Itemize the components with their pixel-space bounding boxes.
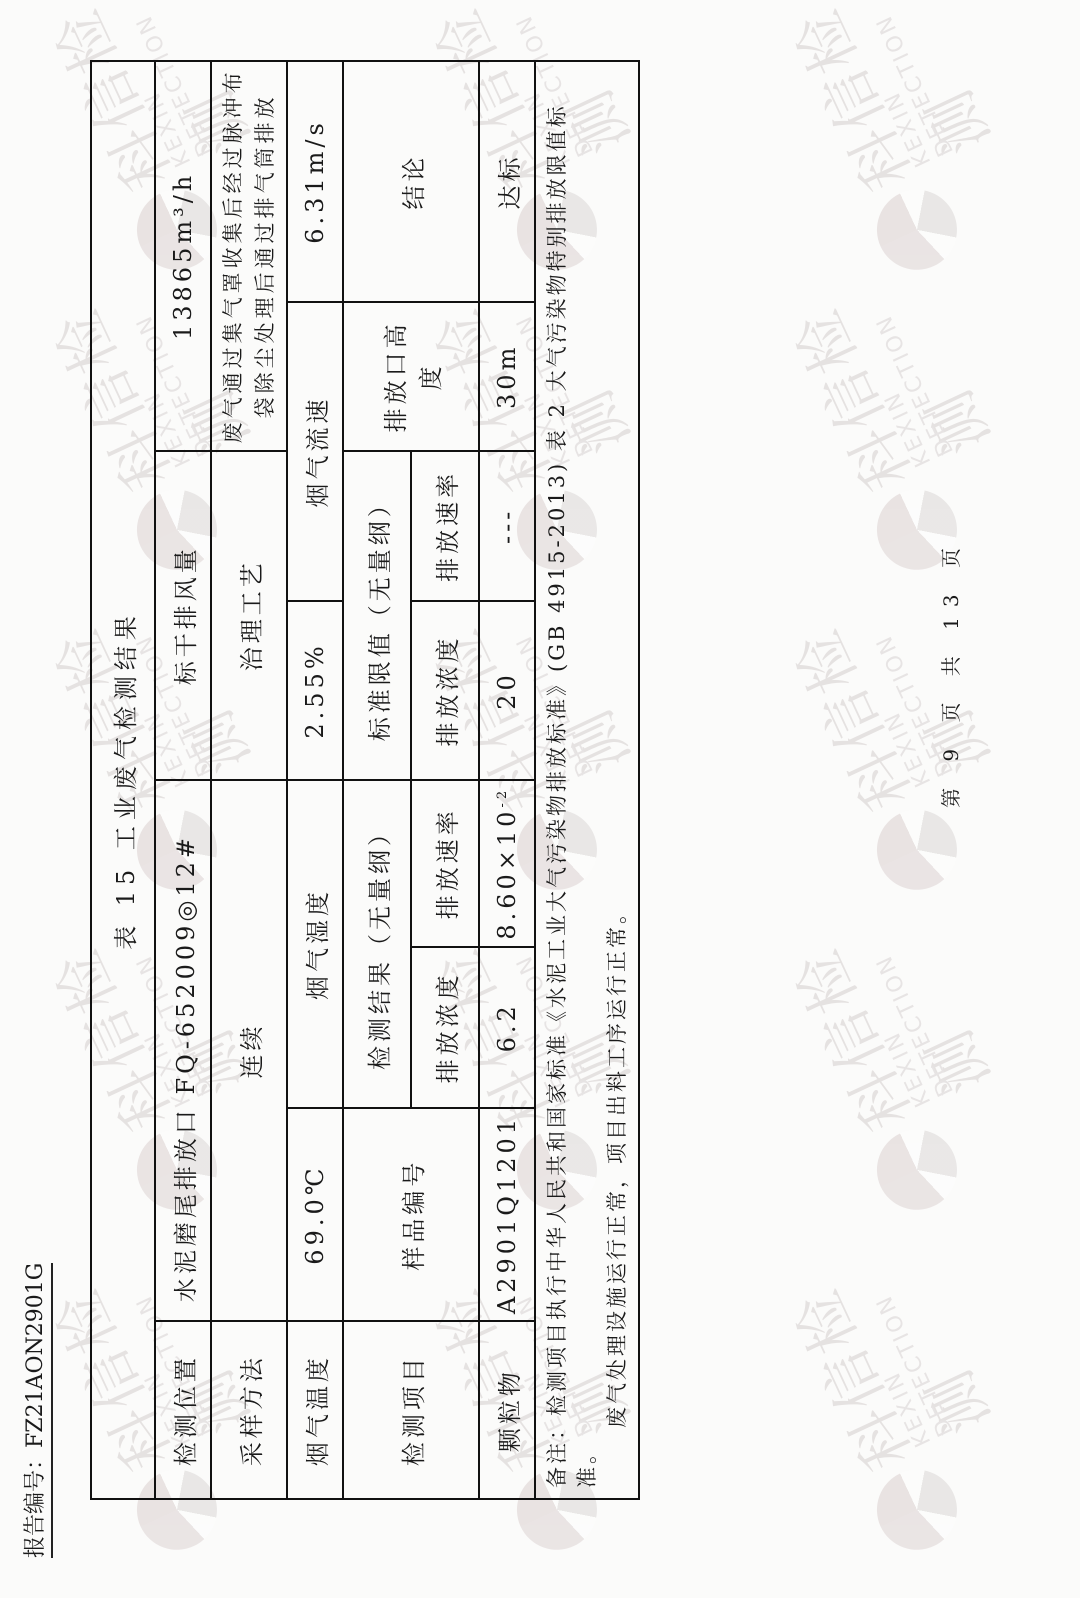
table-row: 颗粒物 A2901Q1201 6.2 8.60×10-2 20 --- 30m … xyxy=(479,61,535,1499)
header-height: 排放口高度 xyxy=(343,302,479,451)
header-result-conc: 排放浓度 xyxy=(411,947,479,1108)
report-number-label: 报告编号： xyxy=(23,1448,48,1558)
notes-label: 备注： xyxy=(545,1416,569,1488)
cell-sample-no: A2901Q1201 xyxy=(479,1108,535,1321)
watermark-logo: 科信检测KEXIN DETECTION xyxy=(744,260,1007,595)
velocity-value: 6.31m/s xyxy=(287,61,343,302)
humidity-value: 2.55% xyxy=(287,601,343,780)
watermark-logo: 科信检测KEXIN DETECTION xyxy=(744,1240,1007,1575)
header-result-rate: 排放速率 xyxy=(411,780,479,947)
notes-row: 备注：检测项目执行中华人民共和国家标准《水泥工业大气污染物排放标准》(GB 49… xyxy=(535,61,639,1499)
watermark-logo: 科信检测KEXIN DETECTION xyxy=(744,0,1007,296)
cell-result-rate: 8.60×10-2 xyxy=(479,780,535,947)
table-caption: 表 15 工业废气检测结果 xyxy=(91,61,155,1499)
notes-line-1: 备注：检测项目执行中华人民共和国家标准《水泥工业大气污染物排放标准》(GB 49… xyxy=(542,72,602,1488)
header-conclusion: 结论 xyxy=(343,61,479,302)
notes-line-2: 废气处理设施运行正常，项目出料工序运行正常。 xyxy=(602,72,632,1488)
velocity-label: 烟气流速 xyxy=(287,302,343,601)
humidity-label: 烟气湿度 xyxy=(287,780,343,1108)
watermark-logo: 科信检测KEXIN DETECTION xyxy=(744,900,1007,1235)
table-row: 检测位置 水泥磨尾排放口 FQ-652009◎12# 标干排风量 13865m³… xyxy=(155,61,211,1499)
cell-limit-conc: 20 xyxy=(479,601,535,780)
result-rate-exponent: -2 xyxy=(495,787,510,808)
header-item: 检测项目 xyxy=(343,1321,479,1499)
cell-item: 颗粒物 xyxy=(479,1321,535,1499)
sampling-label: 采样方法 xyxy=(211,1321,287,1499)
table-row: 采样方法 连续 治理工艺 废气通过集气罩收集后经过脉冲布袋除尘处理后通过排气筒排… xyxy=(211,61,287,1499)
location-label: 检测位置 xyxy=(155,1321,211,1499)
flow-value: 13865m³/h xyxy=(155,61,211,451)
watermark-logo: 科信检测KEXIN DETECTION xyxy=(744,580,1007,915)
report-page: 科信检测KEXIN DETECTION 科信检测KEXIN DETECTION … xyxy=(0,0,1080,1598)
header-limit: 标准限值（无量纲） xyxy=(343,451,411,780)
header-limit-conc: 排放浓度 xyxy=(411,601,479,780)
cell-result-conc: 6.2 xyxy=(479,947,535,1108)
cell-height: 30m xyxy=(479,302,535,451)
cell-conclusion: 达标 xyxy=(479,61,535,302)
sampling-value: 连续 xyxy=(211,780,287,1321)
exhaust-gas-results-table: 表 15 工业废气检测结果 检测位置 水泥磨尾排放口 FQ-652009◎12#… xyxy=(90,60,640,1500)
table-row: 烟气温度 69.0℃ 烟气湿度 2.55% 烟气流速 6.31m/s xyxy=(287,61,343,1499)
notes-cell: 备注：检测项目执行中华人民共和国家标准《水泥工业大气污染物排放标准》(GB 49… xyxy=(535,61,639,1499)
header-limit-rate: 排放速率 xyxy=(411,451,479,601)
process-label: 治理工艺 xyxy=(211,451,287,780)
flow-label: 标干排风量 xyxy=(155,451,211,780)
report-number-value: FZ21AON2901G xyxy=(23,1263,48,1448)
header-result: 检测结果（无量纲） xyxy=(343,780,411,1108)
report-number: 报告编号：FZ21AON2901G xyxy=(18,1263,53,1558)
location-value: 水泥磨尾排放口 FQ-652009◎12# xyxy=(155,780,211,1321)
temperature-value: 69.0℃ xyxy=(287,1108,343,1321)
result-rate-mantissa: 8.60×10 xyxy=(493,808,521,940)
table-header-row: 检测项目 样品编号 检测结果（无量纲） 标准限值（无量纲） 排放口高度 结论 xyxy=(343,61,411,1499)
header-sample-no: 样品编号 xyxy=(343,1108,479,1321)
cell-limit-rate: --- xyxy=(479,451,535,601)
temperature-label: 烟气温度 xyxy=(287,1321,343,1499)
process-value: 废气通过集气罩收集后经过脉冲布袋除尘处理后通过排气筒排放 xyxy=(211,61,287,451)
page-number: 第 9 页 共 13 页 xyxy=(935,538,964,808)
